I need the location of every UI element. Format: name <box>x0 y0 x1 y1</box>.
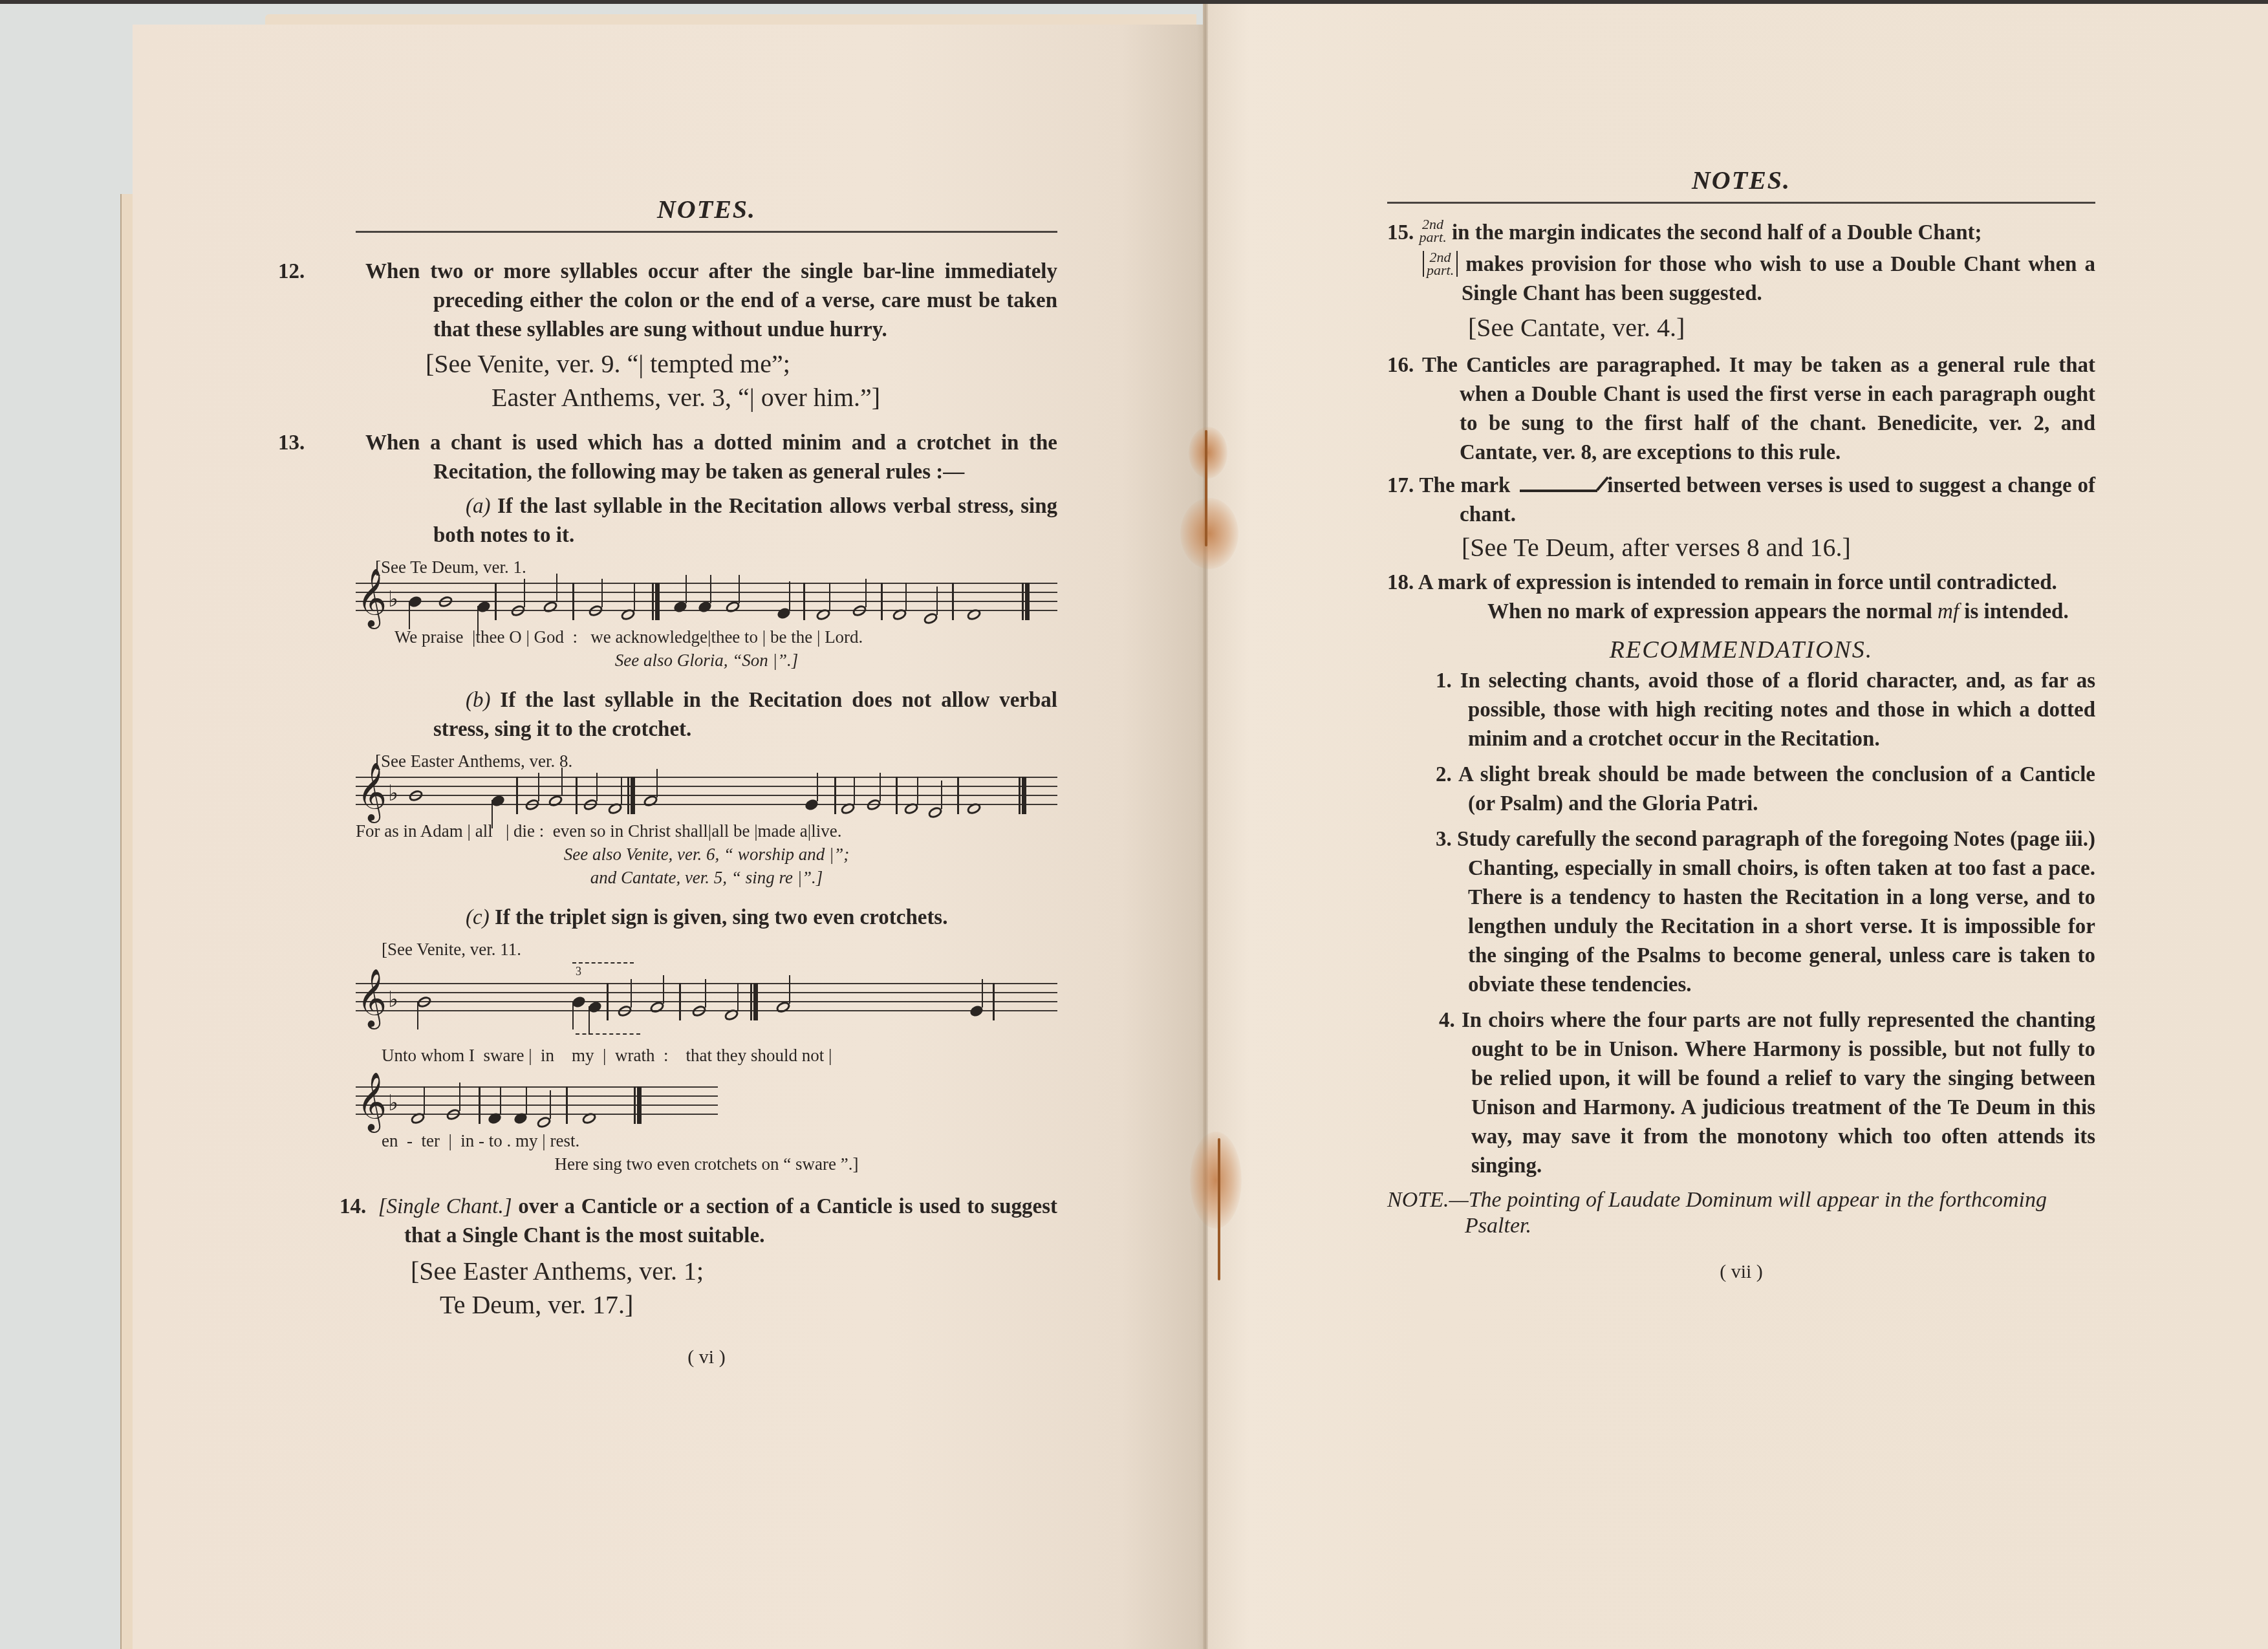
mezzo-forte-mark: mf <box>1938 600 1959 623</box>
rule-b: (b) If the last syllable in the Recitati… <box>356 686 1057 744</box>
recommendation-item: 4. In choirs where the four parts are no… <box>1410 1006 2095 1181</box>
note-reference: [See Cantate, ver. 4.] <box>1387 311 2095 345</box>
book-gutter <box>1203 4 1208 1649</box>
staple-upper <box>1205 430 1207 546</box>
music-staff-te-deum: 𝄞 ♭ <box>356 583 1057 624</box>
note-16: 16. The Canticles are paragraphed. It ma… <box>1387 351 2095 468</box>
note-text: A mark of expression is intended to rema… <box>1418 571 2057 594</box>
rust-stain-upper <box>1189 427 1227 479</box>
single-chant-bracket: [Single Chant.] <box>378 1195 512 1218</box>
recommendation-item: 2. A slight break should be made between… <box>1410 760 2095 819</box>
note-number: 15. <box>1387 221 1414 244</box>
rule-c: (c) If the triplet sign is given, sing t… <box>356 903 1057 932</box>
rule-c-see: [See Venite, ver. 11. <box>356 938 1057 961</box>
note-17: 17. The mark inserted between verses is … <box>1387 471 2095 565</box>
music-staff-easter-anthems: 𝄞 ♭ <box>356 777 1057 818</box>
running-head: NOTES. <box>356 194 1057 224</box>
chant-words: Unto whom I sware | in my | wrath : that… <box>356 1044 1057 1067</box>
note-text: When two or more syllables occur after t… <box>365 260 1057 341</box>
note-reference: Easter Anthems, ver. 3, “| over him.”] <box>356 381 1057 415</box>
note-text: When a chant is used which has a dotted … <box>365 431 1057 484</box>
rule-b-see: [See Easter Anthems, ver. 8. <box>356 749 1057 773</box>
note-number: 17. <box>1387 474 1414 497</box>
triplet-mark: 3 <box>576 965 581 978</box>
note-15: 15. 2nd part. in the margin indicates th… <box>1387 218 2095 345</box>
note-text: makes provision for those who wish to us… <box>1462 253 2095 305</box>
note-14: 14. [Single Chant.] over a Canticle or a… <box>356 1192 1057 1322</box>
rule-c-footnote: Here sing two even crotchets on “ sware … <box>356 1152 1057 1176</box>
change-of-chant-mark-icon <box>1520 478 1597 492</box>
right-page-content: NOTES. 15. 2nd part. in the margin indic… <box>1387 165 2095 1283</box>
footer-note-label: NOTE.— <box>1387 1188 1469 1212</box>
treble-clef-icon: 𝄞 <box>357 973 387 1023</box>
rust-stain-upper-2 <box>1180 498 1238 569</box>
staple-lower <box>1218 1138 1220 1280</box>
see-also: and Cantate, ver. 5, “ sing re |”.] <box>356 866 1057 889</box>
note-18: 18. A mark of expression is intended to … <box>1387 568 2095 627</box>
rule-a: (a) If the last syllable in the Recitati… <box>356 492 1057 550</box>
treble-clef-icon: 𝄞 <box>357 766 387 817</box>
note-text: in the margin indicates the second half … <box>1452 221 1982 244</box>
head-rule <box>1387 202 2095 204</box>
flat-icon: ♭ <box>388 987 398 1013</box>
note-number: 16. <box>1387 354 1414 377</box>
triplet-bracket <box>576 1033 640 1041</box>
note-reference: [See Venite, ver. 9. “| tempted me”; <box>356 347 1057 381</box>
see-also: See also Venite, ver. 6, “ worship and |… <box>356 843 1057 866</box>
page-number: ( vii ) <box>1387 1261 2095 1283</box>
music-staff-venite-2: 𝄞 ♭ <box>356 1086 718 1128</box>
left-page-content: NOTES. 12. When two or more syllables oc… <box>356 194 1057 1368</box>
bracketed-second-part-marker: 2nd part. <box>1423 251 1458 277</box>
note-number: 18. <box>1387 571 1414 594</box>
see-also: See also Gloria, “Son |”.] <box>356 649 1057 672</box>
footer-note: NOTE.—The pointing of Laudate Dominum wi… <box>1387 1187 2095 1239</box>
note-reference: Te Deum, ver. 17.] <box>356 1288 1057 1322</box>
treble-clef-icon: 𝄞 <box>357 572 387 623</box>
treble-clef-icon: 𝄞 <box>357 1076 387 1126</box>
chant-words: en - ter | in - to . my | rest. <box>356 1129 1057 1152</box>
recommendations-list: 1. In selecting chants, avoid those of a… <box>1387 667 2095 1181</box>
running-head: NOTES. <box>1387 165 2095 195</box>
recommendations-heading: RECOMMENDATIONS. <box>1387 636 2095 664</box>
rust-stain-lower <box>1190 1132 1242 1229</box>
chant-words: For as in Adam | all | die : even so in … <box>356 819 1057 843</box>
note-reference: [See Te Deum, after verses 8 and 16.] <box>1387 531 2095 565</box>
flat-icon: ♭ <box>388 781 398 806</box>
second-part-marker: 2nd part. <box>1420 218 1447 244</box>
music-staff-venite-1: 3 𝄞 ♭ <box>356 983 1057 1024</box>
note-reference: [See Easter Anthems, ver. 1; <box>356 1255 1057 1288</box>
chant-words: We praise |thee O | God : we acknowledge… <box>356 625 1057 649</box>
head-rule <box>356 231 1057 233</box>
flat-icon: ♭ <box>388 1090 398 1116</box>
note-13: 13. When a chant is used which has a dot… <box>356 429 1057 1176</box>
rule-a-see: [See Te Deum, ver. 1. <box>356 555 1057 579</box>
page-number: ( vi ) <box>356 1346 1057 1368</box>
footer-note-text: The pointing of Laudate Dominum will app… <box>1465 1188 2047 1238</box>
note-text: The Canticles are paragraphed. It may be… <box>1422 354 2095 464</box>
note-12: 12. When two or more syllables occur aft… <box>356 257 1057 415</box>
recommendation-item: 3. Study carefully the second paragraph … <box>1410 825 2095 1000</box>
flat-icon: ♭ <box>388 587 398 612</box>
recommendation-item: 1. In selecting chants, avoid those of a… <box>1410 667 2095 754</box>
triplet-bracket <box>572 962 634 970</box>
